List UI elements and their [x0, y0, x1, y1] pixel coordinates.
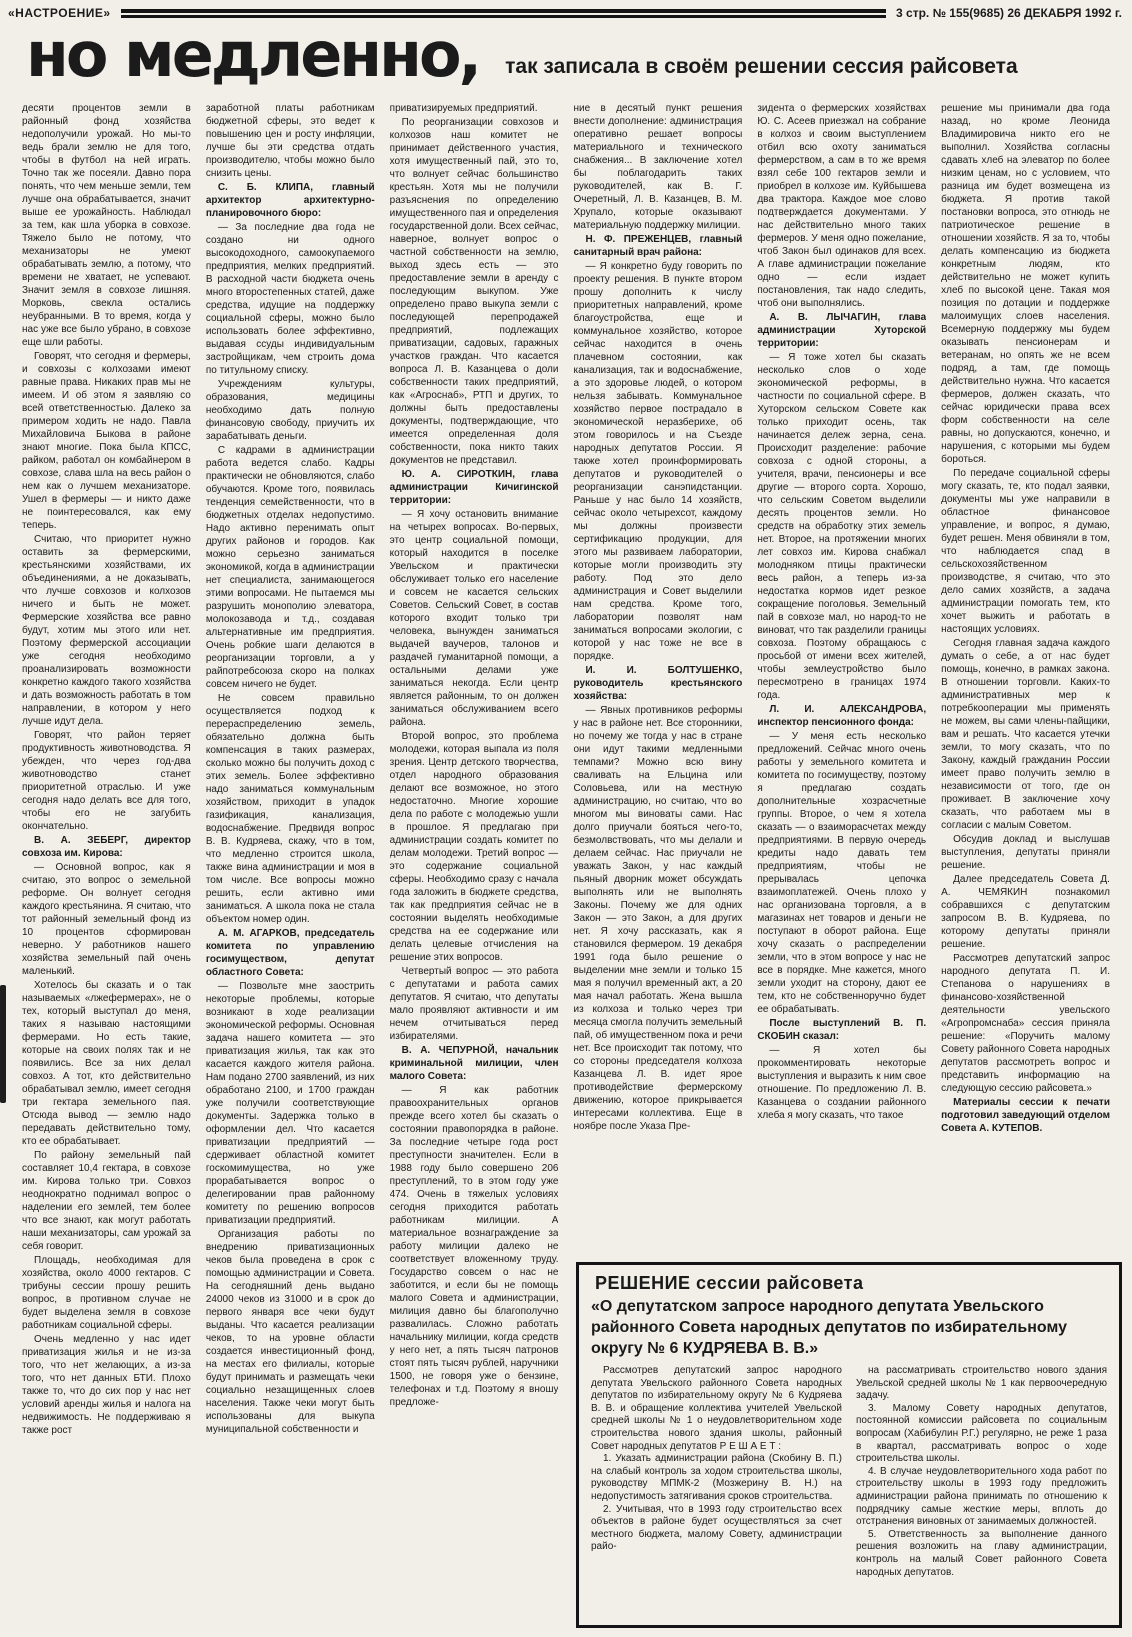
page-info: 3 стр. № 155(9685) 26 ДЕКАБРЯ 1992 г. — [896, 6, 1122, 20]
speaker-byline: С. Б. КЛИПА, главный архитектор архитект… — [206, 181, 375, 220]
body-paragraph: заработной платы работникам бюджетной сф… — [206, 102, 375, 180]
body-paragraph: Четвертый вопрос — это работа с депутата… — [390, 965, 559, 1043]
decision-paragraph: 2. Учитывая, что в 1993 году строительст… — [591, 1504, 842, 1554]
decision-paragraph: 5. Ответственность за выполнение данного… — [856, 1529, 1107, 1579]
news-column-3: приватизируемых предприятий.По реорганиз… — [390, 102, 559, 1631]
decision-paragraph: 1. Указать администрации района (Скобину… — [591, 1453, 842, 1503]
body-paragraph: Обсудив доклад и выслушав выступления, д… — [941, 833, 1110, 872]
body-paragraph: По реорганизации совхозов и колхозов наш… — [390, 116, 559, 467]
news-column-6: решение мы принимали два года назад, но … — [941, 102, 1110, 1254]
body-paragraph: — Я хочу остановить внимание на четырех … — [390, 508, 559, 729]
body-paragraph: Площадь, необходимая для хозяйства, окол… — [22, 1254, 191, 1332]
speaker-byline: В. А. ЧЕПУРНОЙ, начальник криминальной м… — [390, 1044, 559, 1083]
masthead: «НАСТРОЕНИЕ» 3 стр. № 155(9685) 26 ДЕКАБ… — [0, 0, 1132, 20]
decision-box-title: «О депутатском запросе народного депутат… — [591, 1296, 1107, 1359]
body-paragraph: — Я конкретно буду говорить по проекту р… — [573, 260, 742, 663]
body-paragraph: Учреждениям культуры, образования, медиц… — [206, 378, 375, 443]
speaker-byline: После выступлений В. П. СКОБИН сказал: — [757, 1017, 926, 1043]
body-paragraph: зидента о фермерских хозяйствах Ю. С. Ас… — [757, 102, 926, 310]
news-column-2: заработной платы работникам бюджетной сф… — [206, 102, 375, 1631]
body-paragraph: По передаче социальной сферы могу сказат… — [941, 467, 1110, 636]
headline: но медленно, — [26, 22, 479, 88]
decision-box-columns: Рассмотрев депутатский запрос народного … — [591, 1365, 1107, 1579]
speaker-byline: В. А. ЗЕБЕРГ, директор совхоза им. Киров… — [22, 834, 191, 860]
body-paragraph: Далее председатель Совета Д. А. ЧЕМЯКИН … — [941, 873, 1110, 951]
body-paragraph: С кадрами в администрации работа ведется… — [206, 444, 375, 691]
body-paragraph: десяти процентов земли в районный фонд х… — [22, 102, 191, 349]
news-column-4: ние в десятый пункт решения внести допол… — [573, 102, 742, 1252]
headline-block: но медленно, так записала в своём решени… — [0, 20, 1132, 88]
speaker-byline: Н. Ф. ПРЕЖЕНЦЕВ, главный санитарный врач… — [573, 233, 742, 259]
decision-paragraph: 4. В случае неудовлетворительного хода р… — [856, 1466, 1107, 1529]
headline-subtitle: так записала в своём решении сессия райс… — [505, 55, 1018, 88]
body-paragraph: — Основной вопрос, как я считаю, это воп… — [22, 861, 191, 978]
body-paragraph: Сегодня главная задача каждого думать о … — [941, 637, 1110, 832]
speaker-byline: Ю. А. СИРОТКИН, глава администрации Кичи… — [390, 468, 559, 507]
decision-box: РЕШЕНИЕ сессии райсовета «О депутатском … — [576, 1262, 1122, 1628]
body-paragraph: Организация работы по внедрению приватиз… — [206, 1228, 375, 1436]
body-paragraph: Рассмотрев депутатский запрос народного … — [941, 952, 1110, 1095]
decision-column-1: Рассмотрев депутатский запрос народного … — [591, 1365, 842, 1579]
news-column-5: зидента о фермерских хозяйствах Ю. С. Ас… — [757, 102, 926, 1252]
speaker-byline: А. В. ЛЫЧАГИН, глава администрации Хутор… — [757, 311, 926, 350]
body-paragraph: — У меня есть несколько предложений. Сей… — [757, 730, 926, 1016]
body-paragraph: Второй вопрос, это проблема молодежи, ко… — [390, 730, 559, 964]
body-paragraph: ние в десятый пункт решения внести допол… — [573, 102, 742, 232]
decision-column-2: на рассматривать строительство нового зд… — [856, 1365, 1107, 1579]
body-paragraph: — Явных противников реформы у нас в райо… — [573, 704, 742, 1133]
body-paragraph: решение мы принимали два года назад, но … — [941, 102, 1110, 466]
body-paragraph: Считаю, что приоритет нужно оставить за … — [22, 533, 191, 728]
decision-box-label: РЕШЕНИЕ сессии райсовета — [595, 1273, 1107, 1294]
speaker-byline: А. М. АГАРКОВ, председатель комитета по … — [206, 927, 375, 979]
body-paragraph: Хотелось бы сказать и о так называемых «… — [22, 979, 191, 1148]
body-paragraph: Говорят, что район теряет продуктивность… — [22, 729, 191, 833]
speaker-byline: И. И. БОЛТУШЕНКО, руководитель крестьянс… — [573, 664, 742, 703]
body-paragraph: По району земельный пай составляет 10,4 … — [22, 1149, 191, 1253]
scan-artifact — [0, 985, 6, 1103]
body-paragraph: — Я как работник правоохранительных орга… — [390, 1084, 559, 1409]
masthead-rule — [121, 9, 886, 18]
body-paragraph: — Позвольте мне заострить некоторые проб… — [206, 980, 375, 1227]
body-paragraph: приватизируемых предприятий. — [390, 102, 559, 115]
speaker-byline: Л. И. АЛЕКСАНДРОВА, инспектор пенсионног… — [757, 703, 926, 729]
decision-paragraph: на рассматривать строительство нового зд… — [856, 1365, 1107, 1403]
body-paragraph: Говорят, что сегодня и фермеры, и совхоз… — [22, 350, 191, 532]
news-column-1: десяти процентов земли в районный фонд х… — [22, 102, 191, 1631]
decision-paragraph: Рассмотрев депутатский запрос народного … — [591, 1365, 842, 1453]
body-paragraph: — Я хотел бы прокомментировать некоторые… — [757, 1044, 926, 1122]
body-paragraph: — Я тоже хотел бы сказать несколько слов… — [757, 351, 926, 702]
body-paragraph: — За последние два года не создано ни од… — [206, 221, 375, 377]
body-paragraph: Очень медленно у нас идет приватизация ж… — [22, 1333, 191, 1437]
body-paragraph: Не совсем правильно осуществляется подхо… — [206, 692, 375, 926]
speaker-byline: Материалы сессии к печати подготовил зав… — [941, 1096, 1110, 1135]
decision-paragraph: 3. Малому Совету народных депутатов, пос… — [856, 1403, 1107, 1466]
